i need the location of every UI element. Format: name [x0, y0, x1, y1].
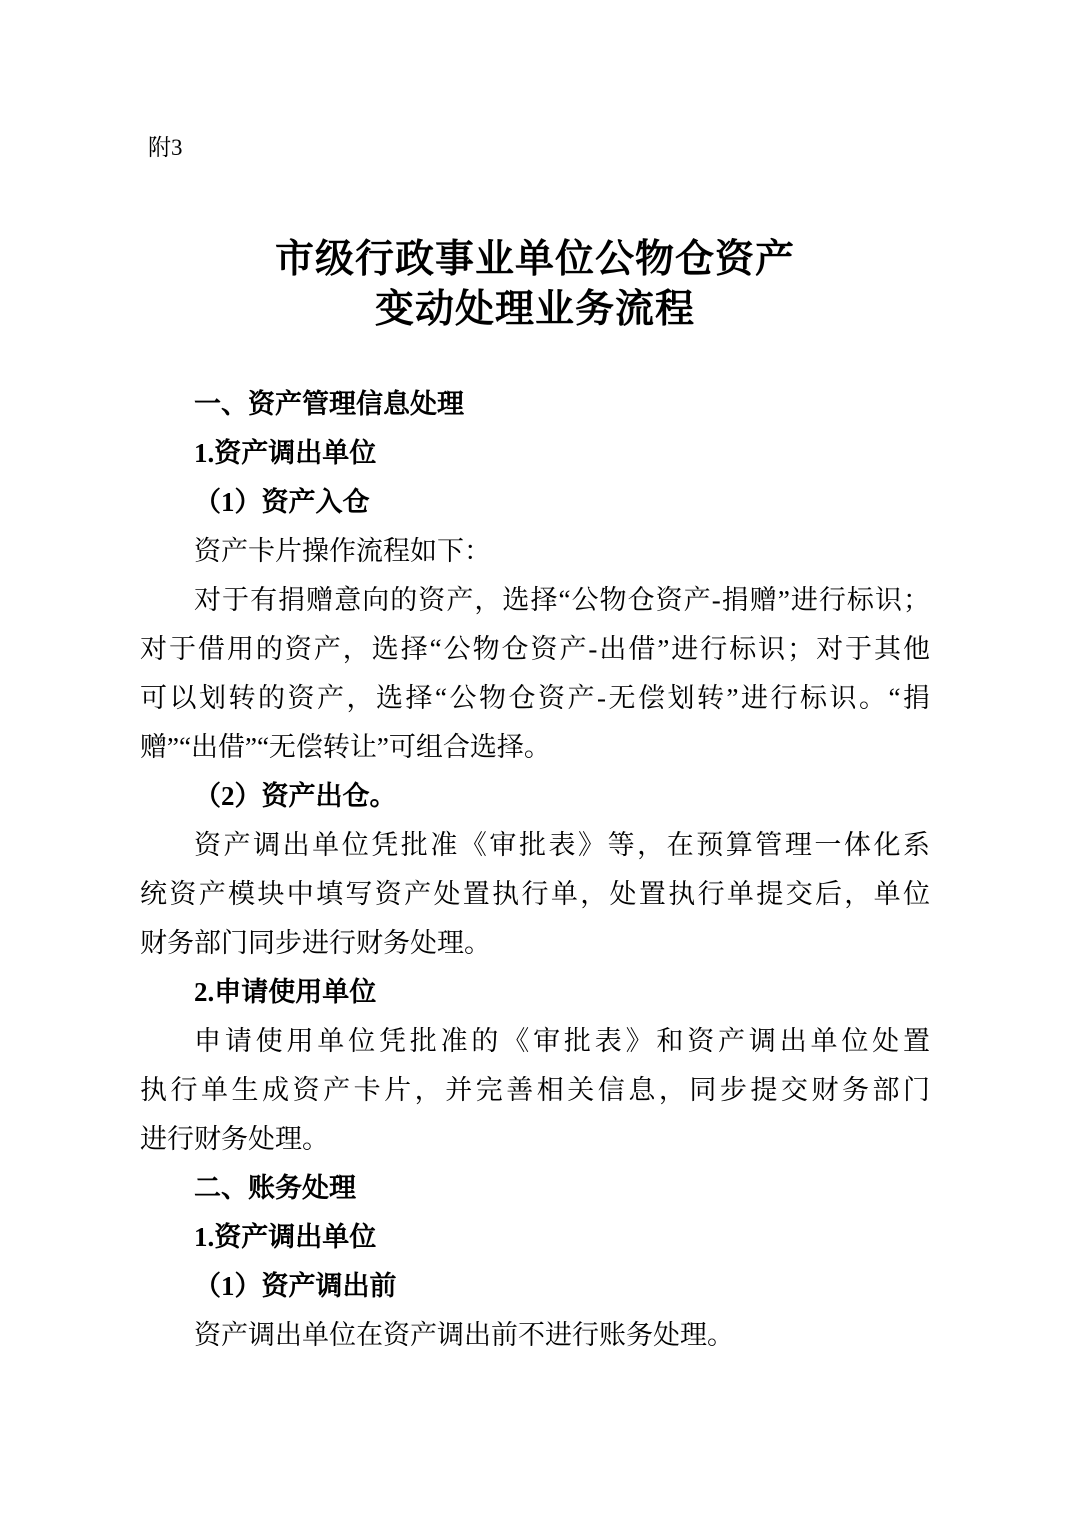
paragraph-line: 执行单生成资产卡片，并完善相关信息，同步提交财务部门: [140, 1066, 930, 1115]
subsection-heading: 1.资产调出单位: [140, 1213, 930, 1262]
document-title: 市级行政事业单位公物仓资产 变动处理业务流程: [140, 235, 930, 335]
document-title-line-1: 市级行政事业单位公物仓资产: [140, 235, 930, 285]
paragraph-line: 可以划转的资产，选择“公物仓资产-无偿划转”进行标识。“捐: [140, 674, 930, 723]
subsection-heading: 2.申请使用单位: [140, 968, 930, 1017]
paragraph-line: 赠”“出借”“无偿转让”可组合选择。: [140, 723, 930, 772]
paragraph-line: 资产卡片操作流程如下：: [140, 527, 930, 576]
clause-heading: （1）资产调出前: [140, 1262, 930, 1311]
document-title-line-2: 变动处理业务流程: [140, 285, 930, 335]
document-body: 一、资产管理信息处理 1.资产调出单位 （1）资产入仓 资产卡片操作流程如下： …: [140, 380, 930, 1360]
section-heading-2: 二、账务处理: [140, 1164, 930, 1213]
clause-heading: （1）资产入仓: [140, 478, 930, 527]
section-heading-1: 一、资产管理信息处理: [140, 380, 930, 429]
paragraph-line: 资产调出单位凭批准《审批表》等，在预算管理一体化系: [140, 821, 930, 870]
paragraph-line: 财务部门同步进行财务处理。: [140, 919, 930, 968]
paragraph-line: 对于借用的资产，选择“公物仓资产-出借”进行标识；对于其他: [140, 625, 930, 674]
attachment-label: 附3: [148, 133, 930, 163]
paragraph-line: 进行财务处理。: [140, 1115, 930, 1164]
paragraph-line: 资产调出单位在资产调出前不进行账务处理。: [140, 1311, 930, 1360]
paragraph-line: 申请使用单位凭批准的《审批表》和资产调出单位处置: [140, 1017, 930, 1066]
subsection-heading: 1.资产调出单位: [140, 429, 930, 478]
paragraph-line: 对于有捐赠意向的资产，选择“公物仓资产-捐赠”进行标识；: [140, 576, 930, 625]
document-page: 附3 市级行政事业单位公物仓资产 变动处理业务流程 一、资产管理信息处理 1.资…: [0, 0, 1074, 1520]
clause-heading: （2）资产出仓。: [140, 772, 930, 821]
paragraph-line: 统资产模块中填写资产处置执行单，处置执行单提交后，单位: [140, 870, 930, 919]
